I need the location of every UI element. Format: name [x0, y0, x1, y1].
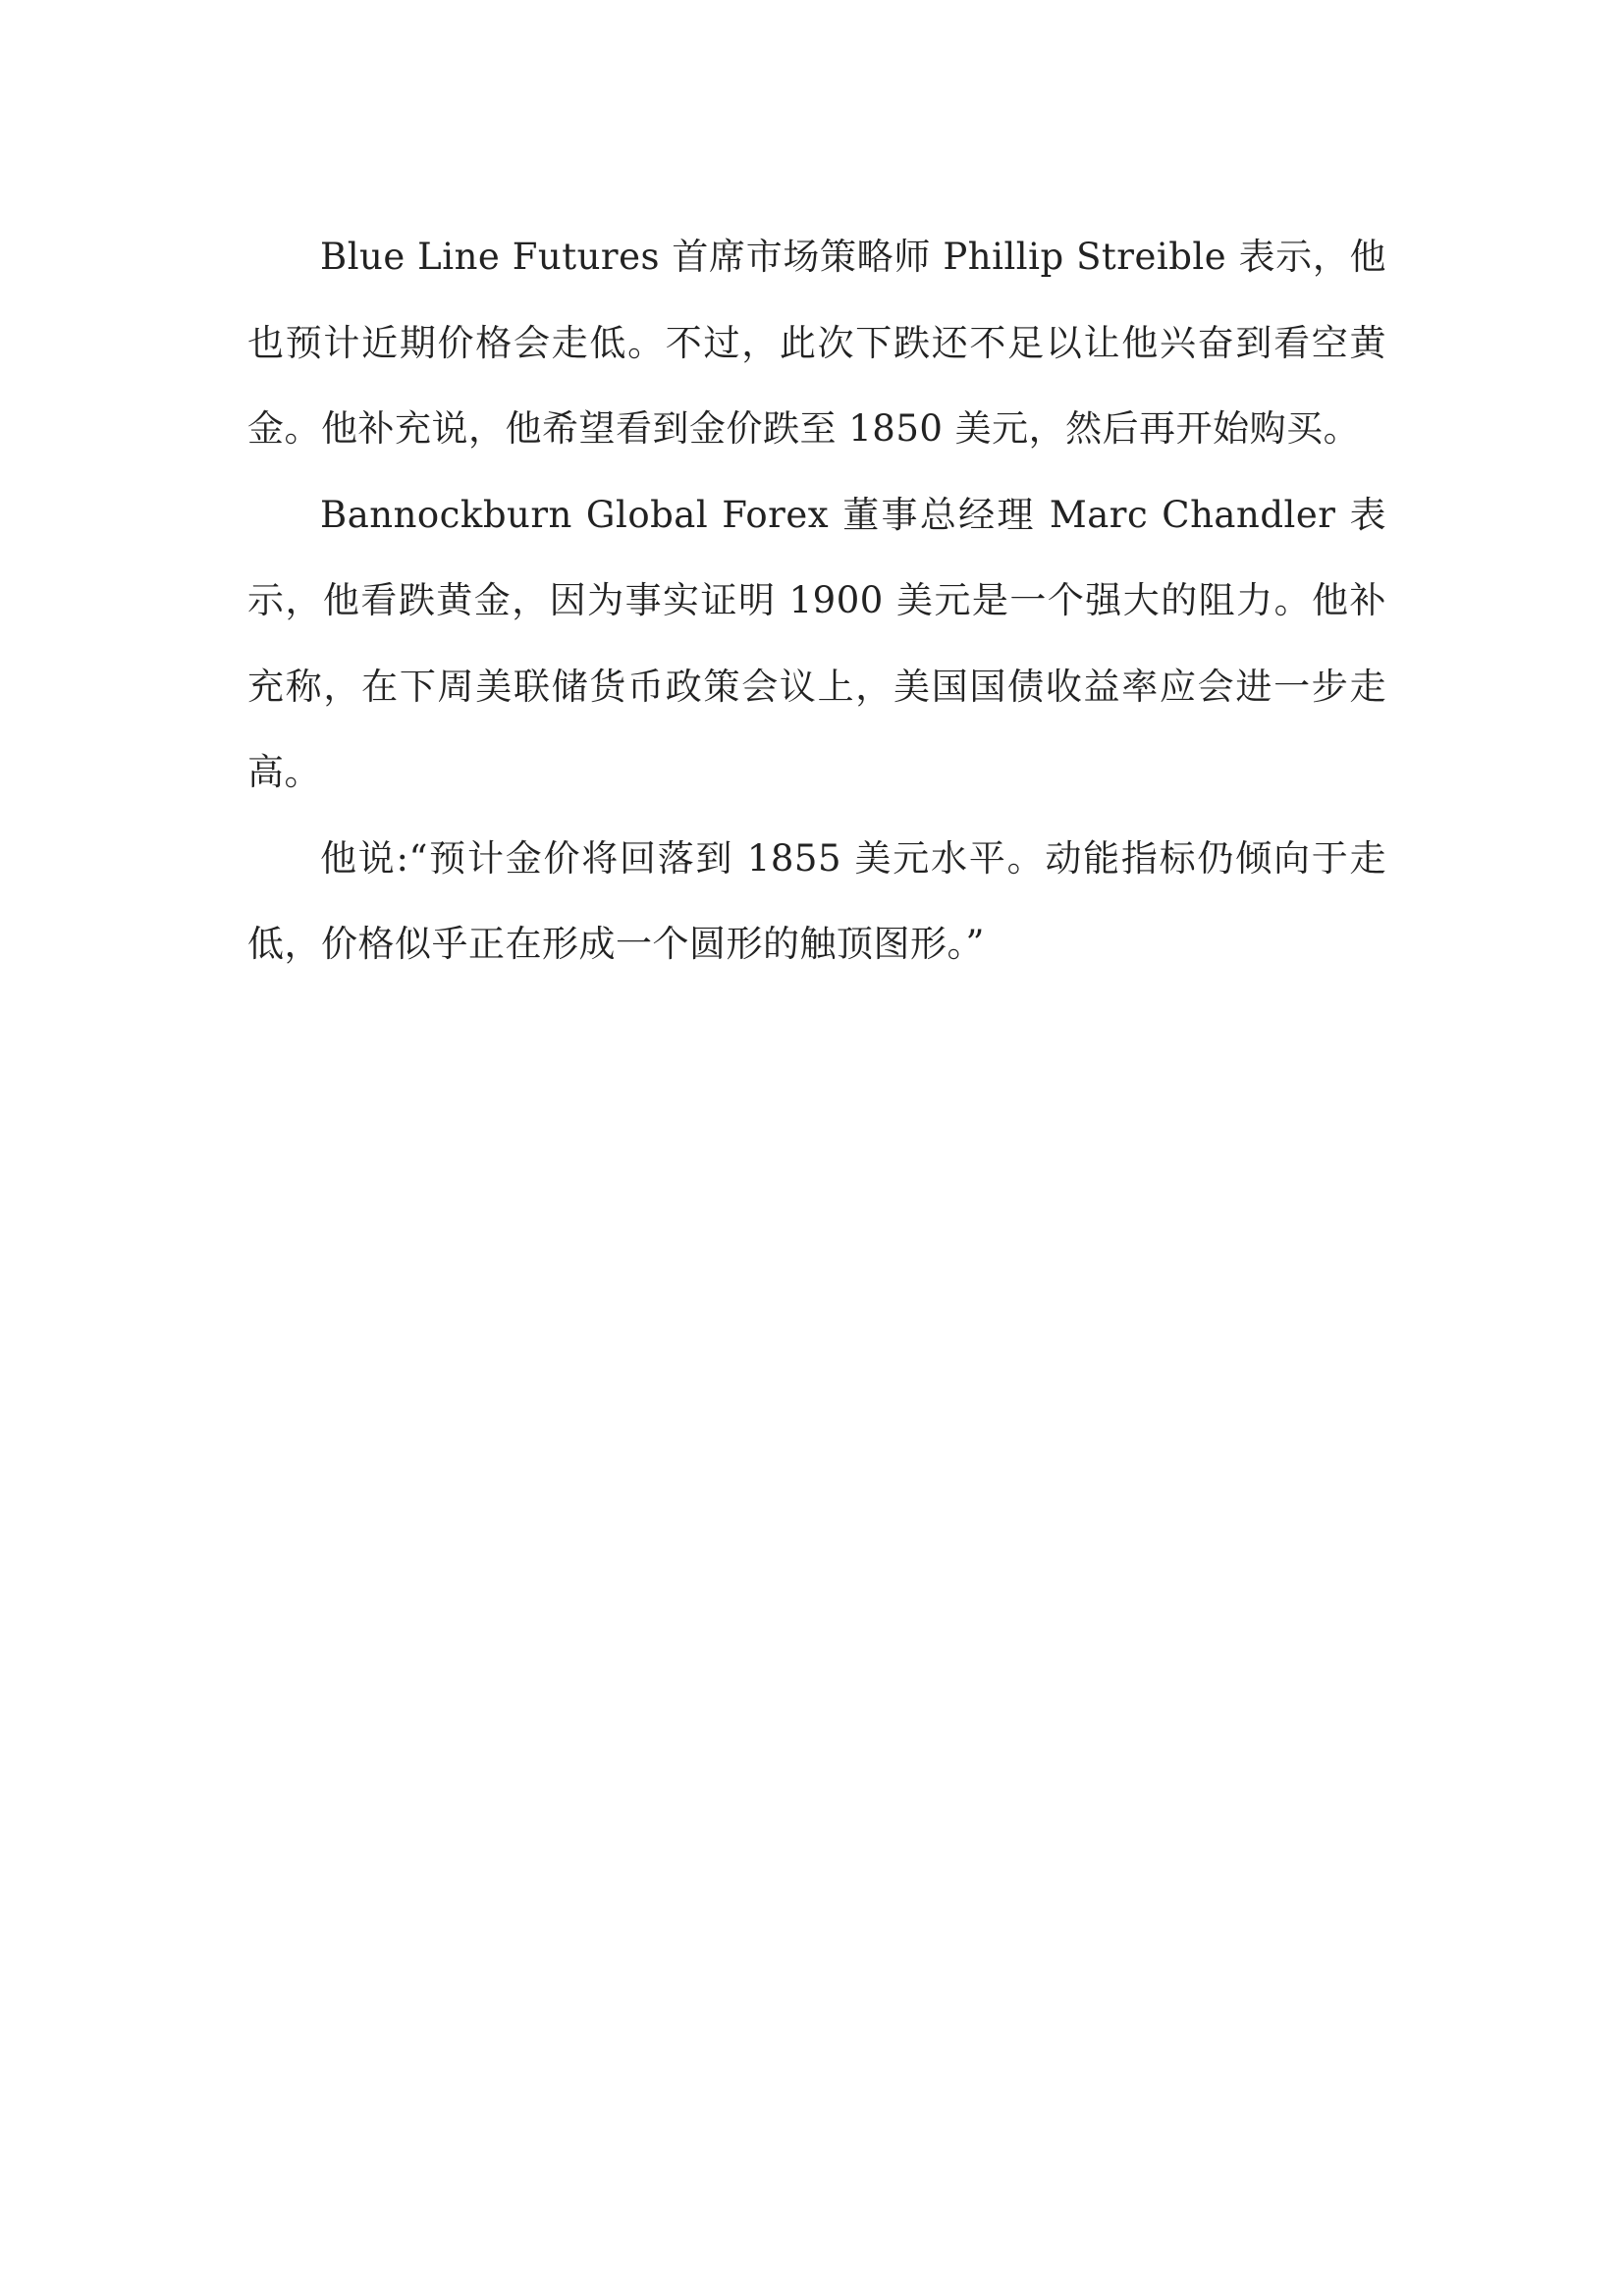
paragraph-streible: Blue Line Futures 首席市场策略师 Phillip Streib… [247, 214, 1386, 472]
paragraph-chandler: Bannockburn Global Forex 董事总经理 Marc Chan… [247, 472, 1386, 816]
document-page: Blue Line Futures 首席市场策略师 Phillip Streib… [247, 214, 1386, 988]
paragraph-quote: 他说:“预计金价将回落到 1855 美元水平。动能指标仍倾向于走低，价格似乎正在… [247, 816, 1386, 988]
